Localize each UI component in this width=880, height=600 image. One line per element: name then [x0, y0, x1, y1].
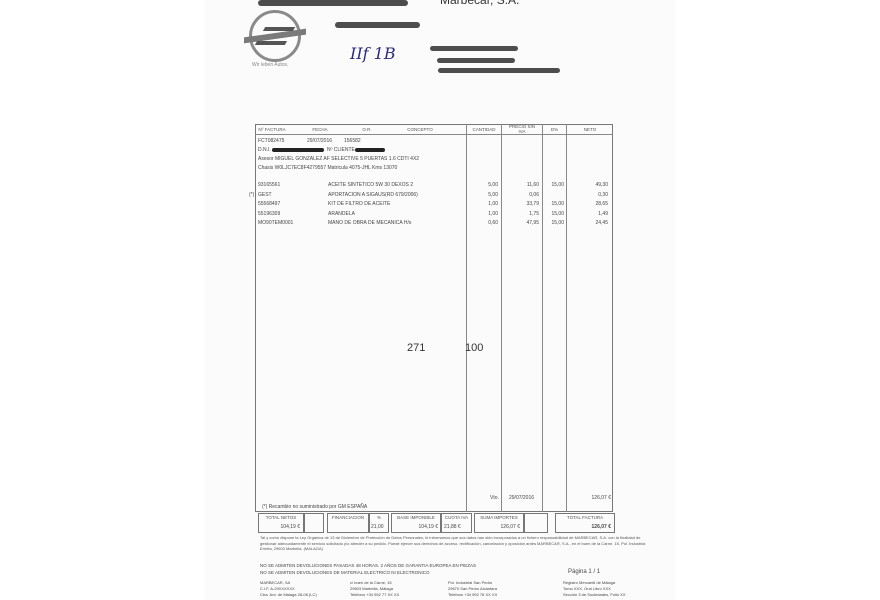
footnote: (*) Recambio no suministrado por GM ESPA…	[262, 504, 367, 510]
item-code: GEST	[258, 192, 318, 198]
col-header: CANTIDAD	[467, 127, 501, 132]
redaction-mark	[430, 46, 518, 51]
item-qty: 1,00	[467, 211, 498, 217]
cuota-iva: 21,88 €	[444, 524, 461, 530]
item-disc: 15,00	[543, 182, 564, 188]
item-net: 0,30	[567, 192, 608, 198]
item-price: 11,60	[502, 182, 539, 188]
item-net: 1,49	[567, 211, 608, 217]
cuota-label: CUOTA IVA	[441, 515, 472, 520]
dni-label: D.N.I.	[258, 147, 271, 153]
vat-pct-label: %	[369, 515, 389, 520]
item-qty: 0,60	[467, 220, 498, 226]
client-label: Nº CLIENTE	[327, 147, 355, 153]
footer-line: Pol. Industrial San Pedro	[448, 580, 492, 585]
item-price: 0,06	[502, 192, 539, 198]
item-concept: KIT DE FILTRO DE ACEITE	[328, 201, 463, 207]
item-net: 28,65	[567, 201, 608, 207]
item-disc: 15,00	[543, 220, 564, 226]
redaction-mark	[438, 68, 560, 73]
col-header: O.R.	[352, 127, 382, 132]
footer-line: Ctra. Ant. de Málaga 28-08 (LC)	[260, 592, 317, 597]
item-concept: APORTACION A SIGAUS(RD 679/2006)	[328, 192, 463, 198]
footer-line: 29670 San Pedro Alcántara	[448, 586, 497, 591]
footer-line: c/ buen de la Carne, 15	[350, 580, 392, 585]
privacy-notice: Tal y como dispone la Ley Orgánica de 13…	[260, 535, 648, 552]
due-label: Vto.	[490, 495, 499, 501]
item-concept: ACEITE SINTETICO 5W 30 DEXOS 2	[328, 182, 463, 188]
vat-pct: 21,00	[371, 524, 384, 530]
footer-line: Sección 3 de Sociedades, Folio XX	[563, 592, 625, 597]
handwritten-note: IIf 1B	[350, 44, 396, 63]
opel-logo-icon	[249, 10, 301, 62]
total-netos-label: TOTAL NETOS	[258, 515, 304, 520]
slogan: Wir leben Autos.	[252, 62, 288, 68]
item-net: 49,30	[567, 182, 608, 188]
overlay-label: 100	[465, 342, 483, 354]
item-concept: MANO DE OBRA DE MECANICA H/s	[328, 220, 463, 226]
or-number: 156582	[344, 138, 361, 144]
redaction-mark	[272, 148, 324, 152]
invoice-date: 29/07/2016	[307, 138, 332, 144]
advisor-line: Asesor MIGUEL GONZALEZ AF SELECTIVE 5 PU…	[258, 156, 419, 162]
item-disc: 15,00	[543, 201, 564, 207]
item-code: 55568497	[258, 201, 318, 207]
overlay-label: 271	[407, 342, 425, 354]
footer-line: C.I.F. A-29XXXXXX	[260, 586, 295, 591]
item-disc: 15,00	[543, 211, 564, 217]
redaction-mark	[335, 22, 420, 28]
footer-line: Teléfono +34 952 77 XX XX	[350, 592, 399, 597]
company-name: Marbecar, S.A.	[440, 0, 519, 7]
suma-label: SUMA IMPORTES	[474, 515, 524, 520]
suma-importes: 126,07 €	[474, 524, 520, 530]
notice-returns: NO SE ADMITEN DEVOLUCIONES PASADAS 48 HO…	[260, 563, 476, 568]
col-header: PRECIO SIN IVA	[507, 124, 537, 134]
page-number: Página 1 / 1	[568, 569, 600, 575]
item-price: 47,95	[502, 220, 539, 226]
item-qty: 5,00	[467, 182, 498, 188]
item-code: 55196309	[258, 211, 318, 217]
footer-line: Teléfono +34 952 78 XX XX	[448, 592, 497, 597]
total-factura: 126,07 €	[555, 524, 611, 530]
notice-electrical: NO SE ADMITEN DEVOLUCIONES DE MATERIAL E…	[260, 570, 430, 575]
redaction-mark	[437, 58, 515, 63]
item-price: 33,79	[502, 201, 539, 207]
footer-line: Registro Mercantil de Málaga	[563, 580, 615, 585]
financiacion-label: FINANCIACION	[327, 515, 369, 520]
col-header: NETO	[567, 127, 613, 132]
col-header: Nº Factura	[257, 127, 287, 132]
redaction-mark	[355, 148, 385, 152]
item-qty: 5,00	[467, 192, 498, 198]
col-header: D%	[543, 127, 566, 132]
item-mark: (*)	[249, 192, 254, 198]
base-label: BASE IMPONIBLE	[391, 515, 441, 520]
item-qty: 1,00	[467, 201, 498, 207]
col-header: FECHA	[305, 127, 335, 132]
item-code: 93165561	[258, 182, 318, 188]
footer-line: Tomo XXX, Gral Libro XXX	[563, 586, 611, 591]
due-amount: 126,07 €	[567, 495, 611, 501]
total-factura-label: TOTAL FACTURA	[555, 515, 615, 520]
footer-line: MARBECAR, SA	[260, 580, 290, 585]
footer-line: 29603 Marbella, Málaga	[350, 586, 393, 591]
chassis-line: Chasis W0LJC7EC8F4279557 Matricula 4075-…	[258, 165, 397, 171]
invoice-number: FCT082475	[258, 138, 284, 144]
total-netos: 104,19 €	[258, 524, 300, 530]
base-imponible: 104,19 €	[391, 524, 438, 530]
item-concept: ARANDELA	[328, 211, 463, 217]
item-price: 1,75	[502, 211, 539, 217]
due-date: 29/07/2016	[509, 495, 534, 501]
col-header: CONCEPTO	[395, 127, 445, 132]
redaction-mark	[258, 0, 408, 6]
item-code: MO90TEM0001	[258, 220, 318, 226]
item-net: 24,45	[567, 220, 608, 226]
